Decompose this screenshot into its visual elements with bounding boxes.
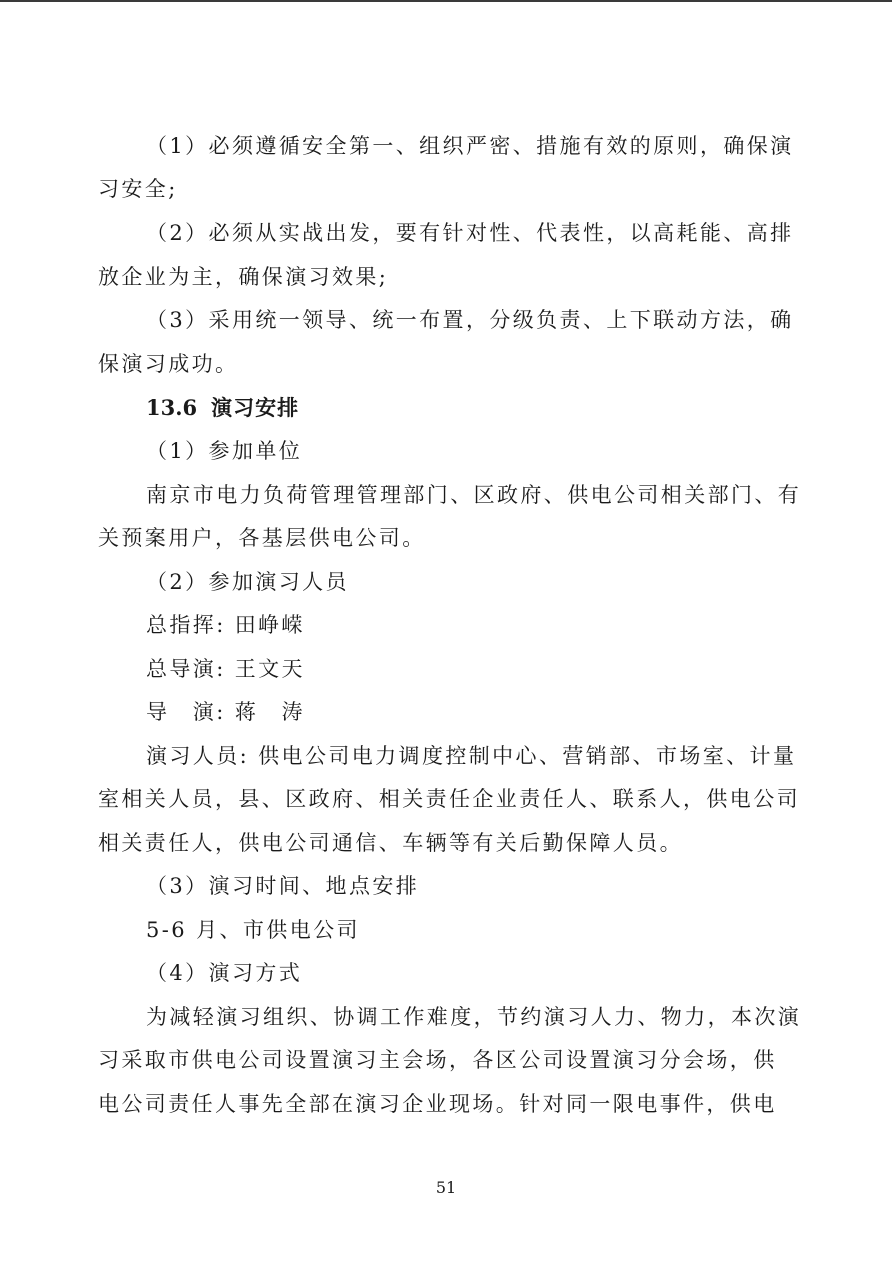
chief-director-line: 总导演: 王文天: [146, 654, 305, 684]
top-border-rule: [0, 0, 892, 2]
item-2-heading: （2）参加演习人员: [146, 567, 349, 597]
section-number: 13.6: [146, 395, 197, 420]
section-heading: 13.6演习安排: [146, 393, 299, 423]
item-3-body: 5-6 月、市供电公司: [146, 915, 360, 945]
director-line: 导 演: 蒋 涛: [146, 697, 305, 727]
principle-3-line-1: （3）采用统一领导、统一布置，分级负责、上下联动方法，确: [146, 305, 794, 335]
item-3-heading: （3）演习时间、地点安排: [146, 871, 419, 901]
item-1-heading: （1）参加单位: [146, 436, 302, 466]
personnel-line-3: 相关责任人，供电公司通信、车辆等有关后勤保障人员。: [98, 828, 683, 858]
principle-2-line-1: （2）必须从实战出发，要有针对性、代表性，以高耗能、高排: [146, 218, 794, 248]
item-4-body-line-3: 电公司责任人事先全部在演习企业现场。针对同一限电事件，供电: [98, 1089, 777, 1119]
principle-3-line-2: 保演习成功。: [98, 349, 238, 379]
principle-1-line-2: 习安全;: [98, 174, 178, 204]
section-title: 演习安排: [211, 395, 299, 420]
personnel-line-1: 演习人员: 供电公司电力调度控制中心、营销部、市场室、计量: [146, 741, 796, 771]
page-number: 51: [0, 1176, 892, 1200]
item-1-body-line-1: 南京市电力负荷管理管理部门、区政府、供电公司相关部门、有: [146, 480, 801, 510]
personnel-line-2: 室相关人员，县、区政府、相关责任企业责任人、联系人，供电公司: [98, 784, 800, 814]
item-1-body-line-2: 关预案用户，各基层供电公司。: [98, 523, 426, 553]
principle-2-line-2: 放企业为主，确保演习效果;: [98, 262, 388, 292]
item-4-body-line-1: 为减轻演习组织、协调工作难度，节约演习人力、物力，本次演: [146, 1002, 801, 1032]
item-4-body-line-2: 习采取市供电公司设置演习主会场，各区公司设置演习分会场，供: [98, 1045, 777, 1075]
commander-line: 总指挥: 田峥嵘: [146, 610, 305, 640]
principle-1-line-1: （1）必须遵循安全第一、组织严密、措施有效的原则，确保演: [146, 131, 794, 161]
item-4-heading: （4）演习方式: [146, 958, 302, 988]
